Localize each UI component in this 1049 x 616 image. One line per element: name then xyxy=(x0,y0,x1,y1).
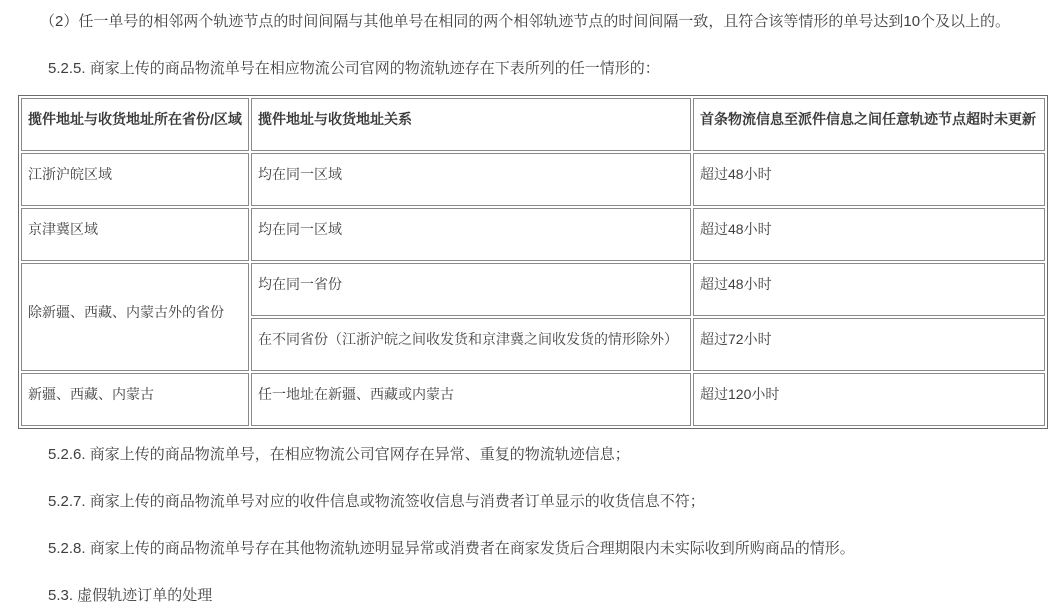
table-row-xinjiang-xizang-neimenggu: 新疆、西藏、内蒙古 任一地址在新疆、西藏或内蒙古 超过120小时 xyxy=(21,373,1045,426)
paragraph-5-3: 5.3. 虚假轨迹订单的处理 xyxy=(48,586,1019,606)
table-row-jiangzhehuwan: 江浙沪皖区域 均在同一区域 超过48小时 xyxy=(21,153,1045,206)
logistics-timeout-table: 揽件地址与收货地址所在省份/区域 揽件地址与收货地址关系 首条物流信息至派件信息… xyxy=(18,95,1048,429)
header-cell-timeout: 首条物流信息至派件信息之间任意轨迹节点超时未更新 xyxy=(693,98,1045,151)
cell-timeout: 超过72小时 xyxy=(693,318,1045,371)
header-cell-relation: 揽件地址与收货地址关系 xyxy=(251,98,691,151)
cell-relation: 均在同一省份 xyxy=(251,263,691,316)
cell-timeout: 超过48小时 xyxy=(693,153,1045,206)
cell-region-merged: 除新疆、西藏、内蒙古外的省份 xyxy=(21,263,249,371)
cell-relation: 均在同一区域 xyxy=(251,153,691,206)
paragraph-5-2-6: 5.2.6. 商家上传的商品物流单号，在相应物流公司官网存在异常、重复的物流轨迹… xyxy=(48,445,1019,465)
table-row-other-provinces-same: 除新疆、西藏、内蒙古外的省份 均在同一省份 超过48小时 xyxy=(21,263,1045,316)
cell-relation: 任一地址在新疆、西藏或内蒙古 xyxy=(251,373,691,426)
cell-region: 新疆、西藏、内蒙古 xyxy=(21,373,249,426)
paragraph-5-2-8: 5.2.8. 商家上传的商品物流单号存在其他物流轨迹明显异常或消费者在商家发货后… xyxy=(48,539,1019,559)
cell-timeout: 超过120小时 xyxy=(693,373,1045,426)
paragraph-item-2: （2）任一单号的相邻两个轨迹节点的时间间隔与其他单号在相同的两个相邻轨迹节点的时… xyxy=(40,12,1029,32)
cell-relation: 均在同一区域 xyxy=(251,208,691,261)
paragraph-5-2-7: 5.2.7. 商家上传的商品物流单号对应的收件信息或物流签收信息与消费者订单显示… xyxy=(48,492,1019,512)
cell-timeout: 超过48小时 xyxy=(693,263,1045,316)
cell-timeout: 超过48小时 xyxy=(693,208,1045,261)
table-row-jingjinji: 京津冀区域 均在同一区域 超过48小时 xyxy=(21,208,1045,261)
cell-region: 江浙沪皖区域 xyxy=(21,153,249,206)
cell-relation: 在不同省份（江浙沪皖之间收发货和京津冀之间收发货的情形除外） xyxy=(251,318,691,371)
header-cell-region: 揽件地址与收货地址所在省份/区域 xyxy=(21,98,249,151)
cell-region: 京津冀区域 xyxy=(21,208,249,261)
table-header-row: 揽件地址与收货地址所在省份/区域 揽件地址与收货地址关系 首条物流信息至派件信息… xyxy=(21,98,1045,151)
paragraph-5-2-5: 5.2.5. 商家上传的商品物流单号在相应物流公司官网的物流轨迹存在下表所列的任… xyxy=(48,59,1019,79)
